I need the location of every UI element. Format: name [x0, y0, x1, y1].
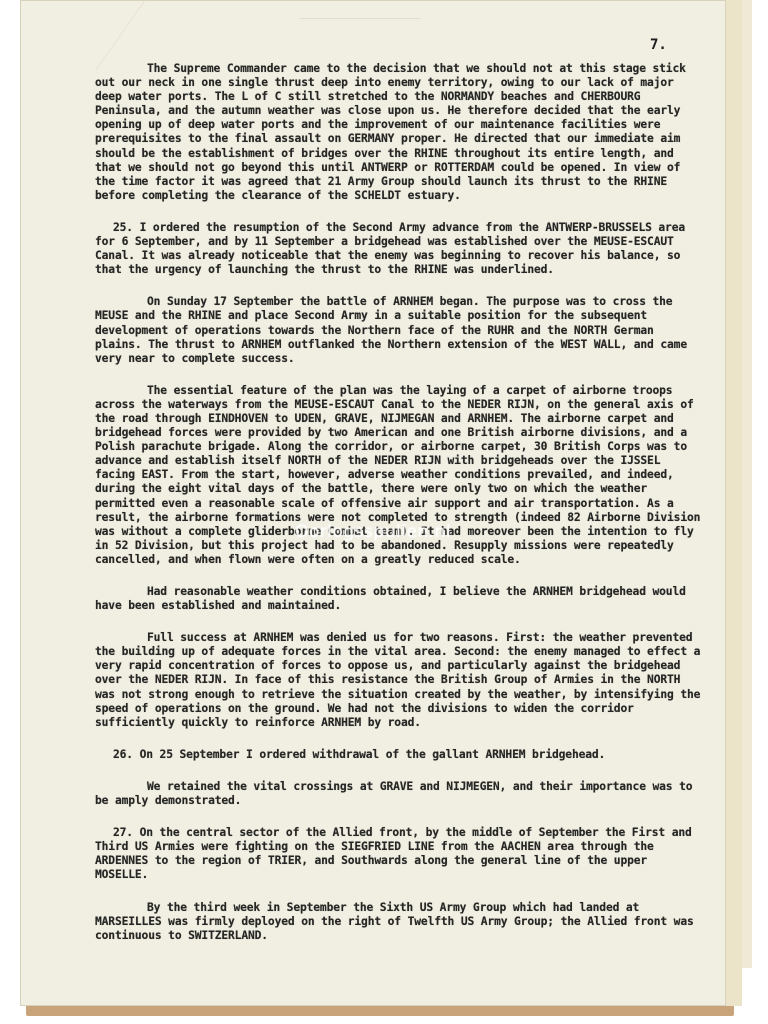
paragraph-sunday-17: On Sunday 17 September the battle of ARN… [95, 295, 705, 365]
paragraph-27: 27. On the central sector of the Allied … [95, 826, 705, 882]
paragraph-retained: We retained the vital crossings at GRAVE… [95, 780, 705, 808]
paragraph-reasonable-weather: Had reasonable weather conditions obtain… [95, 585, 705, 613]
paragraph-supreme-commander: The Supreme Commander came to the decisi… [95, 62, 705, 203]
paragraph-25: 25. I ordered the resumption of the Seco… [95, 221, 705, 277]
photo-stage: 7. The Supreme Commander came to the dec… [0, 0, 768, 1024]
faint-bleedthrough-header [300, 18, 420, 41]
watermark: Oorlogsspullen.nl [295, 522, 451, 542]
corner-fold [25, 0, 145, 70]
document-body: The Supreme Commander came to the decisi… [95, 62, 705, 961]
paragraph-26: 26. On 25 September I ordered withdrawal… [95, 748, 705, 762]
page-number: 7. [650, 37, 667, 53]
paragraph-third-week: By the third week in September the Sixth… [95, 901, 705, 943]
paragraph-full-success: Full success at ARNHEM was denied us for… [95, 631, 705, 730]
